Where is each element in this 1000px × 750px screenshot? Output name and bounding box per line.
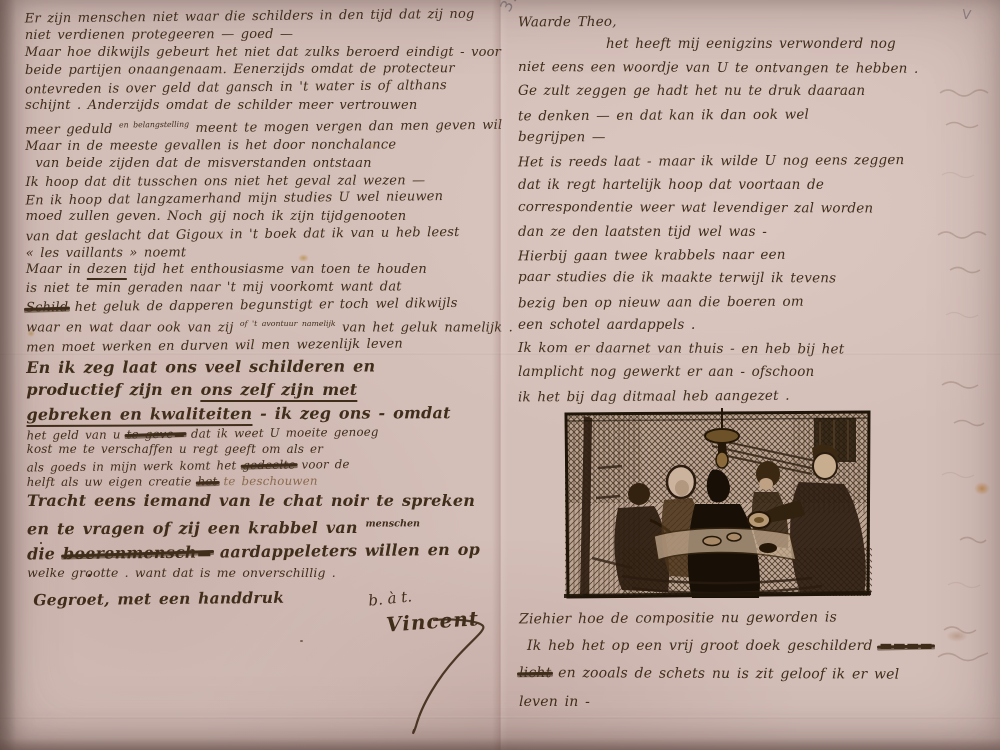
letter-line: het heeft mij eenigzins verwonderd nog	[518, 33, 986, 56]
letter-line: ik het bij dag ditmaal heb aangezet .	[518, 383, 986, 409]
letter-line: paar studies die ik maakte terwijl ik te…	[518, 266, 986, 291]
letter-scan: Er zijn menschen niet waar die schilders…	[0, 0, 1000, 750]
letter-line: schijnt . Anderzijds omdat de schilder m…	[25, 97, 495, 115]
letter-line: Maar in de meeste gevallen is het door n…	[25, 136, 495, 156]
letter-line: niet eens een woordje van U te ontvangen…	[518, 56, 986, 81]
potato-eaters-sketch	[562, 408, 874, 600]
letter-line: Maar hoe dikwijls gebeurt het niet dat z…	[25, 44, 495, 62]
letter-line: niet verdienen protegeeren — goed —	[25, 25, 495, 45]
right-page-text: Waarde Theo,het heeft mij eenigzins verw…	[518, 10, 986, 408]
letter-line: Ziehier hoe de compositie nu geworden is	[519, 603, 987, 634]
letter-line: begrijpen —	[518, 126, 986, 151]
letter-line: correspondentie weer wat levendiger zal …	[518, 196, 986, 221]
letter-line: licht en zooals de schets nu is zit gelo…	[519, 659, 987, 689]
letter-line: waar en wat daar ook van zij of 't avont…	[26, 315, 496, 337]
stain-spot	[974, 482, 990, 495]
letter-line: bezig ben op nieuw aan die boeren om	[518, 289, 986, 315]
letter-line: Ik kom er daarnet van thuis - en heb bij…	[518, 337, 986, 362]
letter-line: meer geduld en belangstelling meent te m…	[25, 112, 495, 139]
letter-line: en te vragen of zij een krabbel van mens…	[27, 512, 497, 541]
left-page-text: Er zijn menschen niet waar die schilders…	[25, 7, 498, 614]
letter-line: te denken — en dat kan ik dan ook wel	[518, 102, 986, 128]
letter-line: Hierbij gaan twee krabbels naar een	[518, 243, 986, 269]
letter-line: lamplicht nog gewerkt er aan - ofschoon	[518, 361, 986, 384]
right-page-text-bottom: Ziehier hoe de compositie nu geworden is…	[519, 604, 987, 716]
signature-flourish-stroke	[376, 618, 506, 744]
signature-block: b. à t. Vincent	[368, 584, 518, 744]
ink-dot	[300, 640, 303, 642]
letter-line: die boerenmensch▬ aardappeleters willen …	[27, 537, 497, 565]
letter-line: Maar in dezen tijd het enthousiasme van …	[26, 261, 496, 279]
letter-line: Ge zult zeggen ge hadt het nu te druk da…	[518, 80, 986, 103]
letter-line: moed zullen geven. Noch gij noch ik zijn…	[26, 208, 496, 226]
letter-line: Tracht eens iemand van le chat noir te s…	[27, 489, 497, 513]
letter-line: Het is reeds laat - maar ik wilde U nog …	[518, 149, 986, 175]
letter-line: Waarde Theo,	[518, 9, 986, 35]
letter-line: dat ik regt hartelijk hoop dat voortaan …	[518, 174, 986, 197]
paper-edge-shadow-left	[0, 0, 16, 750]
letter-line: dan ze den laatsten tijd wel was -	[518, 221, 986, 244]
letter-line: welke grootte . want dat is me onverschi…	[27, 563, 497, 583]
letter-line: een schotel aardappels .	[518, 314, 986, 337]
letter-line: En ik zeg laat ons veel schilderen en	[26, 354, 496, 380]
letter-line: Schild het geluk de dapperen begunstigt …	[26, 295, 496, 318]
letter-line: van beide zijden dat de misverstanden on…	[25, 155, 495, 173]
letter-line: « les vaillants » noemt	[26, 243, 496, 263]
letter-line: Ik heb het op een vrij groot doek geschi…	[519, 632, 987, 660]
letter-line: productief zijn en ons zelf zijn met	[26, 378, 496, 402]
letter-line: helft als uw eigen creatie het te bescho…	[27, 472, 497, 490]
letter-line: leven in -	[519, 688, 987, 716]
